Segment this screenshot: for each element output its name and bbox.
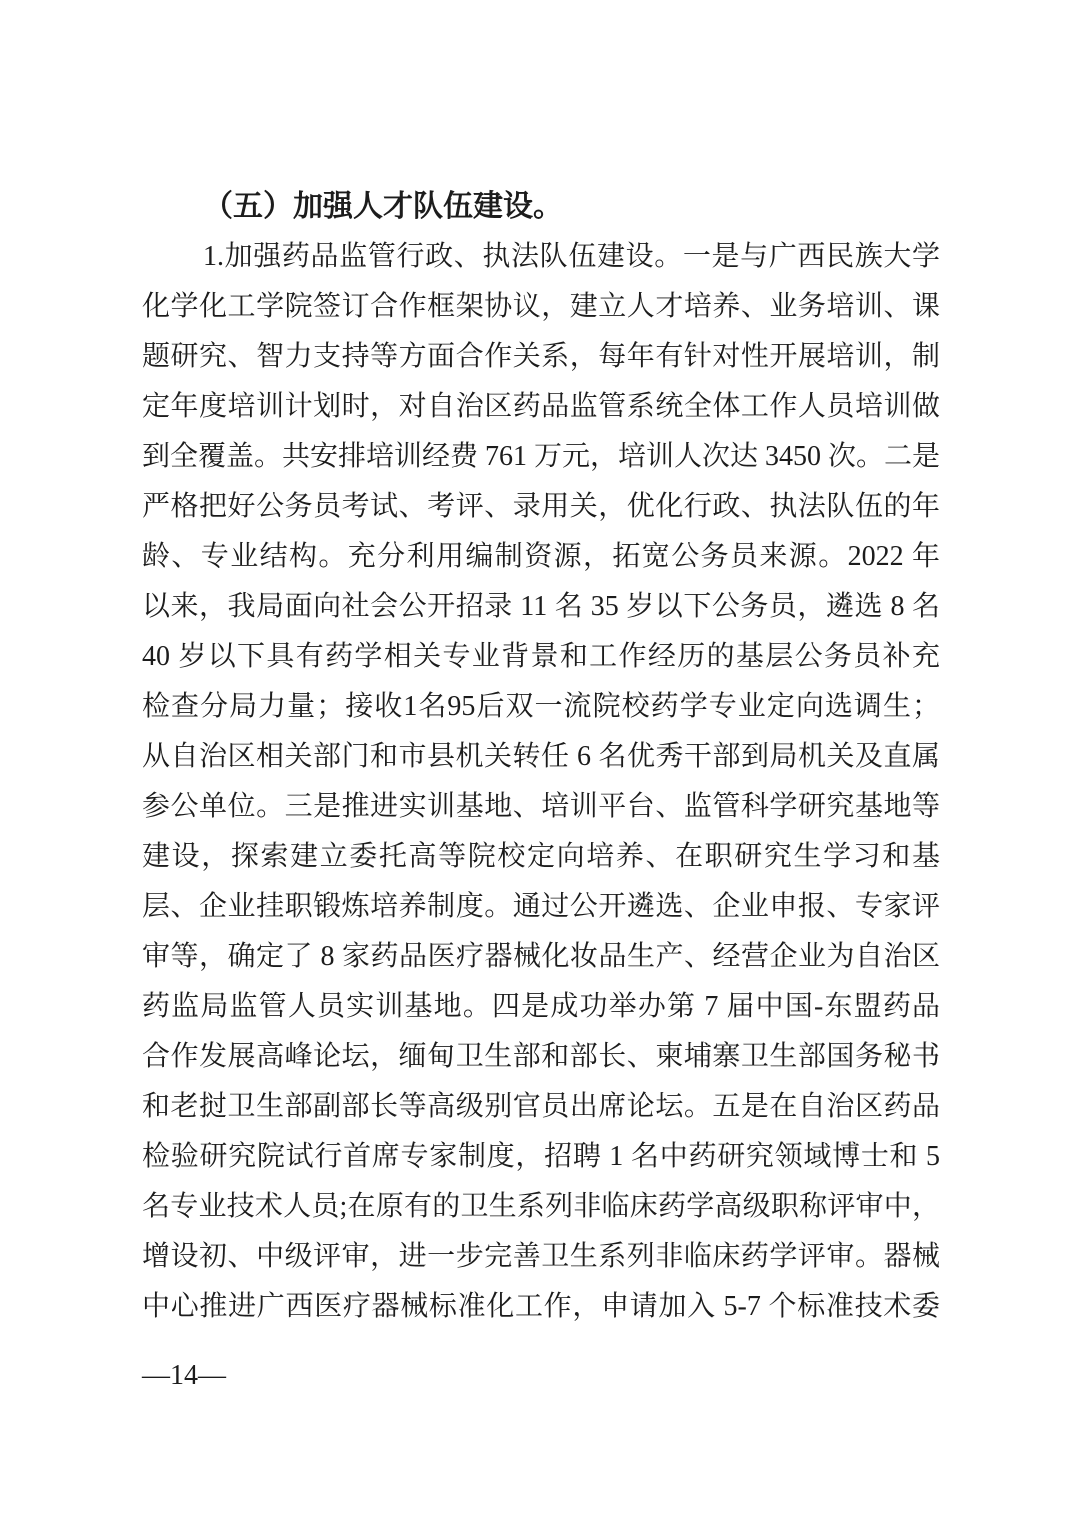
text-line: 和老挝卫生部副部长等高级别官员出席论坛。五是在自治区药品 xyxy=(142,1082,940,1132)
page-number: —14— xyxy=(142,1360,226,1391)
text-line: 参公单位。三是推进实训基地、培训平台、监管科学研究基地等 xyxy=(142,782,940,832)
document-page: （五）加强人才队伍建设。 1.加强药品监管行政、执法队伍建设。一是与广西民族大学… xyxy=(0,0,1074,1520)
text-line: 检验研究院试行首席专家制度，招聘 1 名中药研究领域博士和 5 xyxy=(142,1132,940,1182)
text-line: 中心推进广西医疗器械标准化工作，申请加入 5-7 个标准技术委 xyxy=(142,1282,940,1332)
text-line: 严格把好公务员考试、考评、录用关，优化行政、执法队伍的年 xyxy=(142,482,940,532)
text-line: 从自治区相关部门和市县机关转任 6 名优秀干部到局机关及直属 xyxy=(142,732,940,782)
text-line: 到全覆盖。共安排培训经费 761 万元，培训人次达 3450 次。二是 xyxy=(142,432,940,482)
text-line: 化学化工学院签订合作框架协议，建立人才培养、业务培训、课 xyxy=(142,282,940,332)
text-line: 层、企业挂职锻炼培养制度。通过公开遴选、企业申报、专家评 xyxy=(142,882,940,932)
text-line: 龄、专业结构。充分利用编制资源，拓宽公务员来源。2022 年 xyxy=(142,532,940,582)
text-line: 检查分局力量；接收1名95后双一流院校药学专业定向选调生； xyxy=(142,682,940,732)
text-line: 建设，探索建立委托高等院校定向培养、在职研究生学习和基 xyxy=(142,832,940,882)
text-line: 题研究、智力支持等方面合作关系，每年有针对性开展培训，制 xyxy=(142,332,940,382)
text-line: 40 岁以下具有药学相关专业背景和工作经历的基层公务员补充 xyxy=(142,632,940,682)
document-body: （五）加强人才队伍建设。 1.加强药品监管行政、执法队伍建设。一是与广西民族大学… xyxy=(142,182,940,1332)
text-line: 合作发展高峰论坛，缅甸卫生部和部长、柬埔寨卫生部国务秘书 xyxy=(142,1032,940,1082)
text-line: 以来，我局面向社会公开招录 11 名 35 岁以下公务员，遴选 8 名 xyxy=(142,582,940,632)
text-line: 名专业技术人员;在原有的卫生系列非临床药学高级职称评审中， xyxy=(142,1182,940,1232)
text-line: 审等，确定了 8 家药品医疗器械化妆品生产、经营企业为自治区 xyxy=(142,932,940,982)
text-line: 增设初、中级评审，进一步完善卫生系列非临床药学评审。器械 xyxy=(142,1232,940,1282)
page-footer: —14— xyxy=(142,1356,226,1396)
text-line: 定年度培训计划时，对自治区药品监管系统全体工作人员培训做 xyxy=(142,382,940,432)
text-line: 1.加强药品监管行政、执法队伍建设。一是与广西民族大学 xyxy=(142,232,940,282)
text-line: 药监局监管人员实训基地。四是成功举办第 7 届中国-东盟药品 xyxy=(142,982,940,1032)
section-heading: （五）加强人才队伍建设。 xyxy=(142,182,940,232)
